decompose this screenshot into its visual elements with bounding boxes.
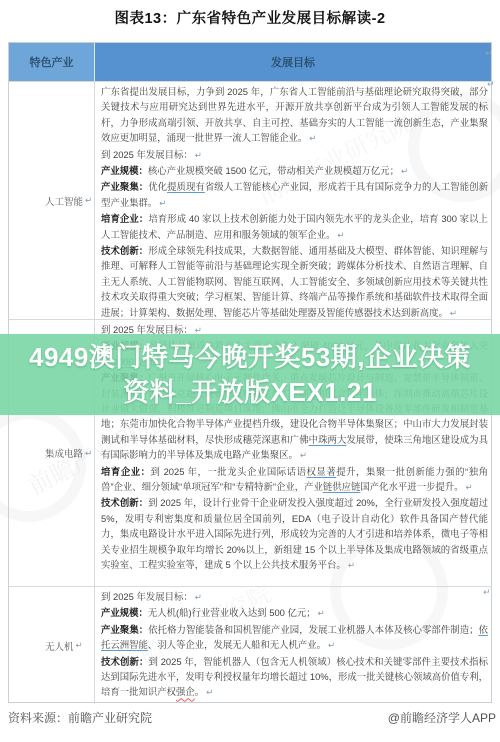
row-label-text: 人工智能 xyxy=(45,194,83,208)
return-mark: ↵ xyxy=(487,79,495,90)
paragraph: 到 2025 年发展目标：↵ xyxy=(101,147,488,163)
return-mark: ↵ xyxy=(485,48,493,59)
paragraph: 培育企业：到 2025 年，一批龙头企业国际话语权显著提升，集聚一批创新能力强的… xyxy=(101,464,488,496)
paragraph: 到 2025 年发展目标：↵ xyxy=(101,589,488,605)
ad-banner-line1: 4949澳门特马今晚开奖53期,企业决策 xyxy=(29,340,471,375)
row-content-uav: 到 2025 年发展目标：↵ 产业规模：无人机(船)行业营业收入达到 500 亿… xyxy=(95,586,491,704)
paragraph: 技术创新：形成全球领先科技成果，大数据智能、通用基础及大模型、群体智能、知识理解… xyxy=(101,243,488,319)
row-label-ai: 人工智能↵ xyxy=(9,81,95,319)
paragraph: 产业规模：无人机(船)行业营业收入达到 500 亿元；↵ xyxy=(101,605,488,621)
source-attribution: 资料来源：前瞻产业研究院 xyxy=(8,709,152,726)
row-label-text: 集成电路 xyxy=(45,446,83,460)
figure-title: 图表13：广东省特色产业发展目标解读-2 xyxy=(0,7,500,28)
paragraph: 广东省提出发展目标，力争到 2025 年，广东省人工智能前沿与基础理论研究取得突… xyxy=(101,84,488,147)
row-label-uav: 无人机↵ xyxy=(9,586,95,704)
ad-banner-line2: 资料_开放版XEX1.21 xyxy=(123,375,377,410)
header-cell-target: 发展目标 xyxy=(95,43,491,81)
row-content-ai: 广东省提出发展目标，力争到 2025 年，广东省人工智能前沿与基础理论研究取得突… xyxy=(95,81,491,319)
return-mark: ↵ xyxy=(483,587,491,598)
overlay-ad-banner: 4949澳门特马今晚开奖53期,企业决策 资料_开放版XEX1.21 xyxy=(0,334,500,415)
paragraph: 产业规模：核心产业规模突破 1500 亿元，带动相关产业规模超万亿元；↵ xyxy=(101,163,488,179)
header-cell-industry: 特色产业 xyxy=(9,43,95,81)
row-label-text: 无人机 xyxy=(45,639,74,653)
paragraph: 产业聚集：优化提质现有省级人工智能核心产业园，形成若干具有国际竞争力的人工智能创… xyxy=(101,179,488,211)
app-credit: @前瞻经济学人APP xyxy=(388,709,496,726)
paragraph: 培育企业：培育形成 40 家以上技术创新能力处于国内领先水平的龙头企业，培育 3… xyxy=(101,211,488,243)
return-mark: ↵ xyxy=(74,640,83,651)
paragraph: 技术创新：到 2025 年，设计行业骨干企业研发投入强度超过 20%，全行业研发… xyxy=(101,495,488,573)
paragraph: 技术创新：到 2025 年，智能机器人（包含无人机领域）核心技术和关键零部件主要… xyxy=(101,654,488,701)
return-mark: ↵ xyxy=(83,448,92,459)
paragraph: 产业聚集：依托格力智能装备和国机智能产业园，发展工业机器人本体及核心零部件制造；… xyxy=(101,622,488,654)
return-mark: ↵ xyxy=(83,195,92,206)
